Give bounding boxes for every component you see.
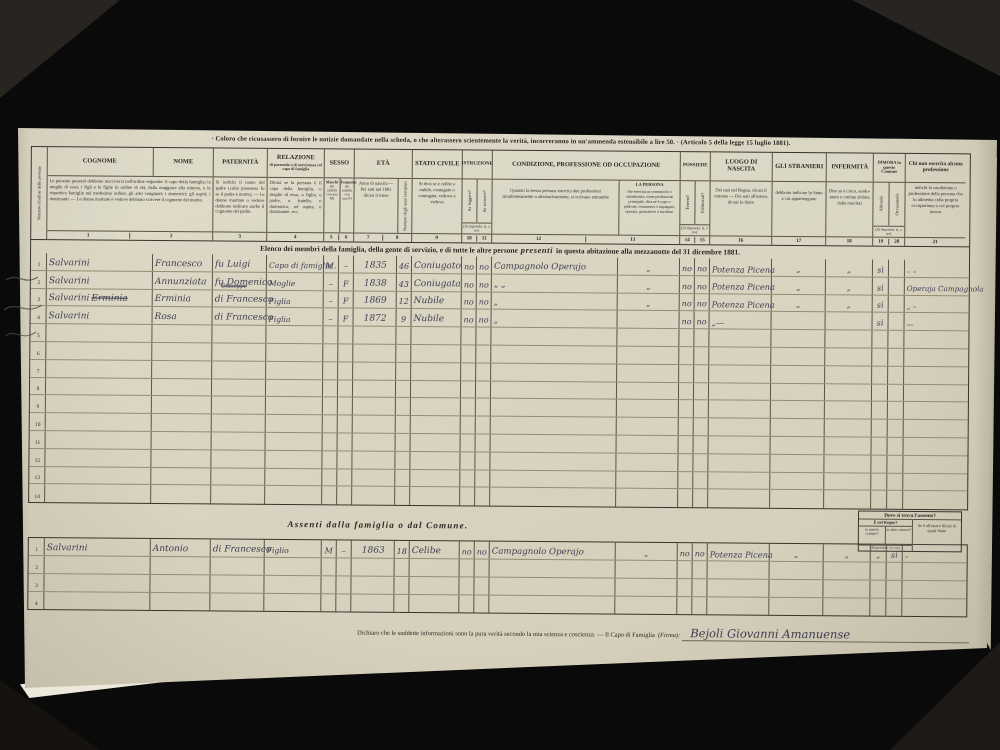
pencil-scribble xyxy=(2,268,44,358)
col-numbers: 12 xyxy=(47,230,212,240)
cell-fabbricati xyxy=(693,561,708,578)
cell-m xyxy=(323,398,338,415)
cell-condizione: Campagnolo Operajo xyxy=(492,257,618,275)
cell-infermita xyxy=(825,313,872,330)
cell-scrive xyxy=(475,470,490,487)
cell-relazione: Moglie xyxy=(267,273,324,290)
col-header-infermita: INFERMITÀ xyxy=(831,164,868,171)
num-ordine-label: Numero d'ordine delle persone xyxy=(31,147,47,239)
cell-terreni xyxy=(679,347,694,364)
cell-stranieri xyxy=(770,490,824,508)
cell-luogo xyxy=(709,347,771,364)
cell-altro xyxy=(902,581,962,598)
cell-altro xyxy=(903,456,963,473)
cell-paternita xyxy=(211,557,265,574)
cell-condizione: Campagnolo Operajo xyxy=(490,542,616,560)
cell-cognome xyxy=(46,378,152,396)
cell-legge xyxy=(461,363,476,380)
cell-oc xyxy=(888,349,904,366)
cell-infermita xyxy=(825,419,872,436)
cell-stranieri xyxy=(771,383,825,400)
cell-cognome: Salvarini xyxy=(45,538,151,556)
cell-anno: 1838 xyxy=(354,273,397,290)
col-header-stato-civile: STATO CIVILE xyxy=(415,161,459,168)
cell-infermita xyxy=(825,366,872,383)
cell-ab: sì xyxy=(873,295,889,312)
cell-cognome xyxy=(46,324,152,342)
cell-oc xyxy=(888,438,904,455)
cell-fabbricati: no xyxy=(695,294,710,311)
cell-anni xyxy=(394,577,409,594)
cell-legge: no xyxy=(462,274,477,291)
col-numbers: 78 xyxy=(354,233,411,242)
luogo-instructions: Dei nati nel Regno, dicasi il comune — D… xyxy=(710,181,771,235)
cell-persona xyxy=(617,329,679,346)
stranieri-instructions: debbono indicare lo Stato a cui apparten… xyxy=(772,182,825,236)
cell-anni xyxy=(395,469,410,486)
cell-stranieri xyxy=(771,312,825,329)
cell-fabbricati xyxy=(694,383,709,400)
scanned-census-page: { "notice": "· Coloro che ricusassero di… xyxy=(0,0,1000,750)
cell-stranieri xyxy=(771,401,825,418)
cell-m xyxy=(323,344,338,361)
cell-legge xyxy=(461,381,476,398)
cell-fabbricati xyxy=(692,597,707,615)
cell-f xyxy=(338,362,353,379)
cell-fabbricati xyxy=(692,579,707,596)
cell-anno xyxy=(352,487,395,505)
cell-persona xyxy=(617,364,679,381)
cell-cognome xyxy=(46,360,152,378)
cell-terreni xyxy=(678,561,693,578)
cell-stranieri xyxy=(769,580,823,597)
col-header-cognome: COGNOME xyxy=(47,147,153,176)
cell-stato: Celibe xyxy=(410,541,460,558)
cell-persona: „ xyxy=(618,275,680,292)
cell-ab xyxy=(872,349,888,366)
cell-oc xyxy=(888,384,904,401)
cell-num: 9 xyxy=(30,395,46,412)
cell-anni xyxy=(396,416,411,433)
occasionale-label: Occasionale xyxy=(888,183,904,226)
dimora-nota: (Si risponda: sì, o no) xyxy=(873,225,904,237)
cell-m: – xyxy=(324,309,339,326)
cell-num: 2 xyxy=(29,556,45,573)
col-group-infermita: INFERMITÀ Dire se è cieco, sordo-muto o … xyxy=(826,153,874,245)
presenti-table: 1SalvariniFrancescofu LuigiCapo di famig… xyxy=(28,253,970,511)
cell-m xyxy=(321,576,336,593)
cell-terreni xyxy=(679,418,694,435)
cell-stranieri: „ xyxy=(770,544,824,561)
col-numbers: 1213 xyxy=(492,234,679,244)
col-header-condizione: CONDIZIONE, PROFESSIONE OD OCCUPAZIONE xyxy=(512,161,660,169)
col-numbers: 1415 xyxy=(680,235,709,244)
assenti-table: 1SalvariniAntoniodi FrancescoFiglioM–186… xyxy=(27,537,968,618)
cell-m xyxy=(323,362,338,379)
cell-fabbricati xyxy=(694,401,709,418)
cell-scrive: no xyxy=(477,257,492,274)
cell-condizione xyxy=(491,363,617,381)
terreni-label: Terreni? xyxy=(680,181,694,224)
cell-stato xyxy=(411,327,461,344)
cell-anni: 12 xyxy=(397,291,412,308)
col-header-eta: ETÀ xyxy=(377,160,390,167)
cell-altro xyxy=(903,473,963,490)
cell-stranieri xyxy=(769,597,823,615)
cell-anno xyxy=(352,558,395,575)
cell-altro: — xyxy=(904,313,964,330)
cell-persona xyxy=(617,400,679,417)
col-group-paternita: PATERNITÀ Si indichi il nome del padre (… xyxy=(213,148,268,240)
cell-oc xyxy=(889,295,905,312)
cell-luogo: Potenza Picena xyxy=(710,276,772,293)
cell-terreni xyxy=(679,329,694,346)
cell-terreni xyxy=(678,472,693,489)
cell-infermita xyxy=(824,562,871,579)
cell-infermita: „ xyxy=(826,277,873,294)
cell-stato xyxy=(411,345,461,362)
cell-f: F xyxy=(339,309,354,326)
cell-terreni xyxy=(678,454,693,471)
cell-paternita xyxy=(212,326,266,343)
cell-stato xyxy=(410,470,460,487)
col-header-paternita: PATERNITÀ xyxy=(222,159,258,166)
cell-paternita: di FrancescoGiuseppe xyxy=(213,290,267,307)
cell-paternita xyxy=(212,379,266,396)
cell-f xyxy=(337,487,352,505)
cell-fabbricati xyxy=(693,454,708,471)
cell-terreni: no xyxy=(679,311,694,328)
cell-anni xyxy=(396,380,411,397)
cell-legge xyxy=(459,595,474,613)
cell-infermita xyxy=(824,491,871,509)
cell-persona xyxy=(615,578,677,595)
cell-anni xyxy=(396,434,411,451)
cell-nome xyxy=(152,396,212,413)
col-numbers: 17 xyxy=(772,236,825,245)
cell-condizione: „ „ xyxy=(492,274,618,292)
cell-infermita xyxy=(823,580,870,597)
cell-altro xyxy=(904,331,964,348)
cell-altro xyxy=(904,402,964,419)
cell-relazione: Figlio xyxy=(265,540,322,557)
sesso-femmine: Femmine (Si indichi con una F) xyxy=(339,178,353,232)
cell-fabbricati: no xyxy=(694,312,709,329)
cell-m xyxy=(322,558,337,575)
cell-altro: Operaja Campagnola xyxy=(905,278,965,295)
census-form: · Coloro che ricusassero di fornire le n… xyxy=(27,134,971,643)
cell-luogo: „— xyxy=(709,312,771,329)
cell-anno: 1869 xyxy=(354,291,397,308)
cell-f xyxy=(338,327,353,344)
cell-condizione xyxy=(490,488,616,507)
cell-persona xyxy=(615,596,677,614)
cell-stranieri xyxy=(771,437,825,454)
cell-f xyxy=(336,576,351,593)
cell-terreni xyxy=(679,400,694,417)
cell-persona: „ xyxy=(618,293,680,310)
cell-terreni xyxy=(677,597,692,615)
cell-luogo xyxy=(709,419,771,436)
cell-stato xyxy=(411,398,461,415)
cell-nome xyxy=(152,343,212,360)
cell-anno xyxy=(351,594,394,612)
cell-anno xyxy=(353,434,396,451)
cell-anni xyxy=(395,487,410,505)
cell-num: 12 xyxy=(29,449,45,466)
cell-luogo: Potenza Picena xyxy=(710,258,772,275)
cell-infermita xyxy=(824,473,871,490)
col-group-stranieri: GLI STRANIERI debbono indicare lo Stato … xyxy=(772,153,827,245)
cell-scrive: no xyxy=(477,292,492,309)
cell-legge xyxy=(461,345,476,362)
cell-cognome xyxy=(44,574,150,592)
cell-infermita xyxy=(823,598,870,616)
cell-f xyxy=(338,416,353,433)
cell-cognome xyxy=(46,396,152,414)
col-header-sesso: SESSO xyxy=(329,160,349,167)
cell-condizione: „ xyxy=(492,292,618,310)
cell-infermita xyxy=(825,437,872,454)
col-group-sesso: SESSO Maschi (Si indichi con una M) Femm… xyxy=(324,149,355,241)
cell-condizione xyxy=(491,381,617,399)
chi-non-esercita-instructions: indichi la condizione o professione dell… xyxy=(905,183,965,237)
cell-m xyxy=(323,326,338,343)
possiede-nota: (Si risponda: sì, o no) xyxy=(680,224,709,236)
cell-relazione xyxy=(266,415,323,432)
cell-m: – xyxy=(324,291,339,308)
cell-num: 10 xyxy=(30,413,46,430)
cell-scrive xyxy=(476,434,491,451)
cell-legge xyxy=(461,399,476,416)
cell-num: 8 xyxy=(30,378,46,395)
cell-anno xyxy=(353,345,396,362)
cell-legge xyxy=(460,452,475,469)
col-num-ordine: Numero d'ordine delle persone xyxy=(31,147,48,239)
cell-luogo: Potenza Picena xyxy=(708,543,770,560)
istruzione-nota: (Si risponda: sì, o no) xyxy=(462,222,491,234)
cell-luogo xyxy=(708,472,770,489)
cell-legge xyxy=(460,488,475,506)
cell-paternita xyxy=(210,593,264,611)
cell-anni xyxy=(396,398,411,415)
cell-fabbricati: no xyxy=(695,258,710,275)
cell-f: F xyxy=(339,291,354,308)
folder-corner-top-right xyxy=(852,0,1000,76)
cell-relazione: Capo di famiglia xyxy=(267,255,324,272)
cell-persona xyxy=(616,471,678,488)
cell-scrive xyxy=(476,345,491,362)
cell-infermita: „ xyxy=(826,259,873,276)
cell-condizione xyxy=(489,577,615,595)
sesso-maschi: Maschi (Si indichi con una M) xyxy=(324,178,339,232)
presenti-emphasis: presenti xyxy=(521,246,553,255)
cell-m xyxy=(323,415,338,432)
cell-anno xyxy=(351,576,394,593)
cell-cognome: Salvarini xyxy=(47,307,153,325)
cell-ab xyxy=(872,438,888,455)
cell-scrive xyxy=(476,381,491,398)
cell-altro xyxy=(903,563,963,580)
cell-fabbricati xyxy=(693,490,708,508)
cell-terreni xyxy=(679,436,694,453)
cell-oc xyxy=(889,278,905,295)
cell-altro xyxy=(903,491,963,509)
col-header-chi-non-esercita: Chi non esercita alcuna professione xyxy=(907,162,965,174)
cell-nome xyxy=(152,414,212,431)
cell-f xyxy=(337,558,352,575)
cell-nome xyxy=(151,468,211,485)
cell-anni: 46 xyxy=(397,256,412,273)
cell-infermita xyxy=(825,330,872,347)
cell-ab xyxy=(872,384,888,401)
cell-fabbricati xyxy=(694,436,709,453)
paternita-instructions: Si indichi il nome del padre (colla prem… xyxy=(213,177,266,231)
cell-paternita xyxy=(211,450,265,467)
cell-altro: „ – xyxy=(905,295,965,312)
cell-paternita: fu Luigi xyxy=(213,254,267,271)
col-numbers: 1011 xyxy=(462,233,491,242)
cell-relazione xyxy=(265,486,322,504)
cell-luogo xyxy=(709,383,771,400)
cell-cognome xyxy=(46,431,152,449)
cell-scrive xyxy=(476,363,491,380)
col-group-chi-non-esercita: Chi non esercita alcuna professione indi… xyxy=(905,154,966,246)
cell-scrive: no xyxy=(475,542,490,559)
cell-legge xyxy=(459,577,474,594)
col-group-eta: ETÀ Anno di nascita — Pei nati nel 1881 … xyxy=(354,150,413,242)
cell-persona: „ xyxy=(618,258,680,275)
cell-f xyxy=(338,398,353,415)
cell-m xyxy=(322,487,337,505)
cell-fabbricati: no xyxy=(695,276,710,293)
cell-f: – xyxy=(339,255,354,272)
assenti-title: Assenti dalla famiglia o dal Comune. xyxy=(28,517,728,532)
cell-luogo xyxy=(709,365,771,382)
cell-stranieri: „ xyxy=(772,259,826,276)
cell-stato xyxy=(410,559,460,576)
cell-luogo xyxy=(708,561,770,578)
cell-relazione xyxy=(264,576,321,593)
cell-paternita: di Francesco xyxy=(211,540,265,557)
cell-stranieri xyxy=(770,472,824,489)
cell-m xyxy=(323,380,338,397)
cell-stranieri xyxy=(770,455,824,472)
cell-oc xyxy=(888,402,904,419)
cell-f: F xyxy=(339,273,354,290)
cell-nome xyxy=(152,432,212,449)
cell-fabbricati: no xyxy=(693,543,708,560)
cell-anno xyxy=(352,451,395,468)
cell-ab: sì xyxy=(872,313,888,330)
cell-oc xyxy=(887,563,903,580)
cell-luogo xyxy=(708,490,770,508)
cell-f xyxy=(337,469,352,486)
cell-legge xyxy=(460,470,475,487)
cell-paternita xyxy=(212,432,266,449)
cell-ab: sì xyxy=(873,260,889,277)
cell-anni: 18 xyxy=(395,541,410,558)
cell-cognome xyxy=(46,413,152,431)
col-header-luogo-nascita: LUOGO DI NASCITA xyxy=(712,160,771,174)
col-group-possiede: POSSIEDE Terreni? Fabbricati? (Si rispon… xyxy=(680,152,711,244)
cell-ab: sì xyxy=(873,277,889,294)
cell-anni xyxy=(395,452,410,469)
cell-scrive xyxy=(474,577,489,594)
cell-condizione xyxy=(489,595,615,614)
cell-infermita xyxy=(825,384,872,401)
cell-num: 1 xyxy=(29,538,45,555)
cell-anno xyxy=(353,380,396,397)
cell-luogo xyxy=(708,454,770,471)
cell-m xyxy=(322,469,337,486)
cell-luogo xyxy=(707,579,769,596)
cell-stato xyxy=(410,452,460,469)
cell-anni: 9 xyxy=(397,309,412,326)
cell-persona xyxy=(617,382,679,399)
cell-anno xyxy=(353,327,396,344)
cognome-instructions: Le persone presenti debbono inscriversi … xyxy=(47,176,212,231)
cell-fabbricati xyxy=(694,347,709,364)
cell-condizione xyxy=(491,328,617,346)
cell-oc xyxy=(888,367,904,384)
cell-paternita xyxy=(211,486,265,504)
cell-altro: – – xyxy=(905,260,965,277)
cell-persona xyxy=(616,561,678,578)
cell-anni: 43 xyxy=(397,274,412,291)
cell-oc: sì xyxy=(887,545,903,562)
cell-altro: – xyxy=(903,545,963,562)
col-numbers: 9 xyxy=(412,233,461,242)
cell-oc xyxy=(888,313,904,330)
cell-luogo xyxy=(707,597,769,615)
cell-paternita xyxy=(212,343,266,360)
cell-luogo xyxy=(709,401,771,418)
cell-oc xyxy=(888,420,904,437)
cell-f: – xyxy=(337,541,352,558)
cell-anno xyxy=(353,398,396,415)
cell-num: 11 xyxy=(30,431,46,448)
cell-paternita: di Francesco xyxy=(213,308,267,325)
cell-scrive xyxy=(476,328,491,345)
cell-scrive xyxy=(476,417,491,434)
col-numbers: 4 xyxy=(267,232,323,241)
cell-legge xyxy=(460,559,475,576)
condizione-due-professioni: Quando la stessa persona esercita due pr… xyxy=(492,180,618,235)
cell-stato xyxy=(411,416,461,433)
cell-stato xyxy=(411,363,461,380)
cell-anno xyxy=(353,362,396,379)
cell-condizione xyxy=(491,417,617,435)
cell-legge xyxy=(461,417,476,434)
cell-infermita: „ xyxy=(826,295,873,312)
col-numbers: 21 xyxy=(905,237,965,246)
condizione-la-persona: LA PERSONA che esercita un commercio o u… xyxy=(618,181,679,235)
cell-scrive xyxy=(475,559,490,576)
cell-num: 13 xyxy=(29,467,45,484)
cell-nome: Antonio xyxy=(151,539,211,556)
cell-ab xyxy=(871,491,887,509)
col-group-stato-civile: STATO CIVILE Si dica se è celibe o nubil… xyxy=(412,150,463,242)
table-header: Numero d'ordine delle persone COGNOME NO… xyxy=(30,146,971,247)
cell-fabbricati xyxy=(694,418,709,435)
col-numbers: 1920 xyxy=(873,237,904,246)
cell-scrive: no xyxy=(477,310,492,327)
col-group-luogo-nascita: LUOGO DI NASCITA Dei nati nel Regno, dic… xyxy=(710,152,773,244)
cell-persona xyxy=(617,418,679,435)
abituale-label: Abituale xyxy=(873,183,888,226)
cell-scrive xyxy=(476,399,491,416)
